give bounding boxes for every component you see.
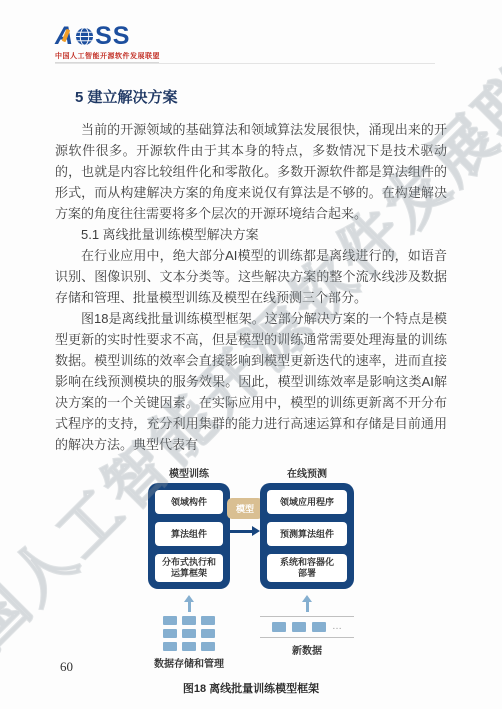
logo-letters-ss: SS — [95, 24, 130, 49]
aoss-logo: A SS 中国人工智能开源软件发展联盟 — [55, 24, 160, 64]
up-arrow-icon — [302, 595, 312, 612]
storage-block — [163, 642, 177, 651]
storage-block — [182, 616, 196, 625]
right-arrow-icon — [230, 526, 260, 536]
logo-subtitle: 中国人工智能开源软件发展联盟 — [55, 51, 160, 61]
page-content: 5 建立解决方案 当前的开源领域的基础算法和领域算法发展很快，涌现出来的开源软件… — [55, 86, 447, 696]
figure-left-item-algorithm-component: 算法组件 — [155, 522, 223, 546]
data-storage-grid — [163, 616, 215, 651]
up-arrow-head — [184, 595, 194, 602]
page-number: 60 — [60, 659, 73, 675]
up-arrow-icon — [184, 595, 194, 612]
model-transfer-column: 模型 — [230, 465, 260, 670]
storage-block — [201, 629, 215, 638]
data-block — [312, 622, 326, 632]
storage-block — [163, 629, 177, 638]
right-arrow-stem — [230, 530, 252, 533]
data-storage-label: 数据存储和管理 — [154, 655, 224, 670]
logo-row: A SS — [55, 24, 160, 49]
paragraph-2: 在行业应用中，绝大部分AI模型的训练都是离线进行的，如语音识别、图像识别、文本分… — [55, 245, 447, 308]
storage-block — [182, 642, 196, 651]
model-training-column: 模型训练 领域构件 算法组件 分布式执行和 运算框架 — [148, 465, 230, 670]
paragraph-1: 当前的开源领域的基础算法和领域算法发展很快，涌现出来的开源软件很多。开源软件由于… — [55, 119, 447, 224]
online-prediction-title: 在线预测 — [287, 465, 327, 480]
ellipsis-label: … — [332, 622, 342, 632]
figure-right-item-domain-application: 领域应用程序 — [267, 490, 347, 514]
section-heading: 5 建立解决方案 — [75, 86, 447, 107]
storage-block — [163, 616, 177, 625]
subsection-heading: 5.1 离线批量训练模型解决方案 — [55, 224, 447, 245]
paragraph-3: 图18是离线批量训练模型框架。这部分解决方案的一个特点是模型更新的实时性要求不高… — [55, 308, 447, 455]
new-data-label: 新数据 — [292, 642, 322, 657]
figure-left-item-distributed-framework: 分布式执行和 运算框架 — [155, 554, 223, 582]
logo-letter-a: A — [55, 24, 73, 49]
page-header: A SS 中国人工智能开源软件发展联盟 — [55, 24, 445, 64]
figure-right-item-system-container-deploy: 系统和容器化 部署 — [267, 554, 347, 582]
up-arrow-head — [302, 595, 312, 602]
figure-caption: 图18 离线批量训练模型框架 — [148, 680, 354, 696]
up-arrow-stem — [306, 602, 309, 612]
storage-block — [182, 629, 196, 638]
storage-block — [201, 642, 215, 651]
online-prediction-box: 领域应用程序 预测算法组件 系统和容器化 部署 — [260, 483, 354, 589]
model-badge: 模型 — [227, 498, 263, 519]
figure-right-item-prediction-algorithm: 预测算法组件 — [267, 522, 347, 546]
document-page: 中国人工智能开源软件发展联盟 A SS 中国人工智能开源软件发展联盟 5 建立解… — [0, 0, 502, 709]
data-block — [292, 622, 306, 632]
new-data-band: … — [260, 616, 354, 638]
online-prediction-column: 在线预测 领域应用程序 预测算法组件 系统和容器化 部署 … — [260, 465, 354, 670]
model-training-title: 模型训练 — [169, 465, 209, 480]
storage-block — [201, 616, 215, 625]
model-training-box: 领域构件 算法组件 分布式执行和 运算框架 — [148, 483, 230, 589]
figure-columns: 模型训练 领域构件 算法组件 分布式执行和 运算框架 — [148, 465, 354, 670]
up-arrow-stem — [188, 602, 191, 612]
figure-left-item-domain-component: 领域构件 — [155, 490, 223, 514]
figure-18: 模型训练 领域构件 算法组件 分布式执行和 运算框架 — [148, 465, 354, 696]
right-arrow-head — [252, 526, 260, 536]
data-block — [272, 622, 286, 632]
header-rule — [55, 63, 435, 64]
globe-icon — [75, 27, 94, 46]
